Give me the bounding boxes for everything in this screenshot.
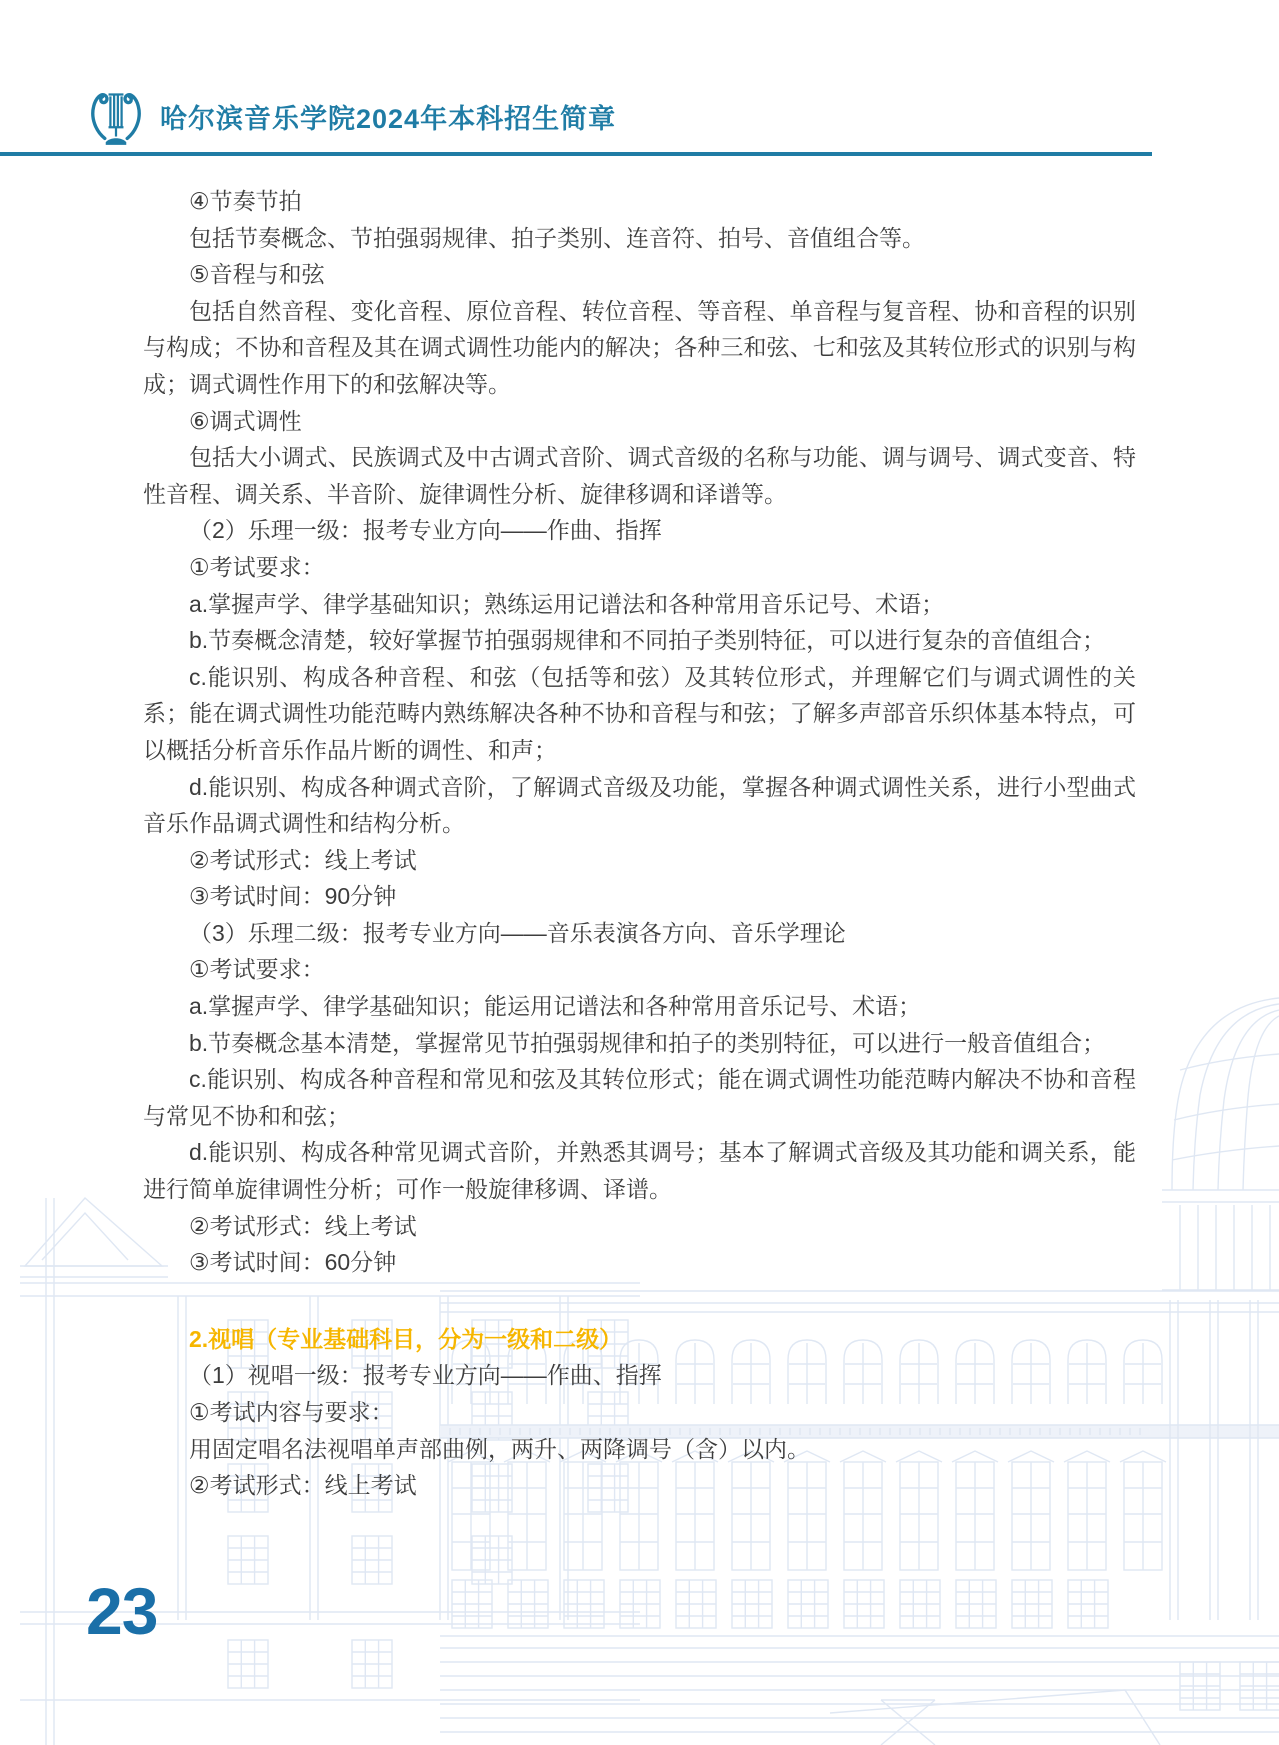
watermark-dome xyxy=(1162,998,1279,1620)
body-paragraph: ⑥调式调性 xyxy=(143,403,1136,440)
body-paragraph: ②考试形式：线上考试 xyxy=(143,1467,1136,1504)
body-paragraph: a.掌握声学、律学基础知识；能运用记谱法和各种常用音乐记号、术语； xyxy=(143,988,1136,1025)
section-heading-sight-singing: 2.视唱（专业基础科目，分为一级和二级） xyxy=(143,1321,1136,1358)
body-paragraph: （3）乐理二级：报考专业方向——音乐表演各方向、音乐学理论 xyxy=(143,915,1136,952)
body-paragraph: 用固定唱名法视唱单声部曲例，两升、两降调号（含）以内。 xyxy=(143,1431,1136,1468)
body-paragraph: ④节奏节拍 xyxy=(143,183,1136,220)
body-paragraph: （1）视唱一级：报考专业方向——作曲、指挥 xyxy=(143,1357,1136,1394)
body-paragraph: ⑤音程与和弦 xyxy=(143,256,1136,293)
body-paragraph: ①考试内容与要求： xyxy=(143,1394,1136,1431)
body-paragraph: d.能识别、构成各种常见调式音阶，并熟悉其调号；基本了解调式音级及其功能和调关系… xyxy=(143,1134,1136,1207)
body-paragraph: b.节奏概念基本清楚，掌握常见节拍强弱规律和拍子的类别特征，可以进行一般音值组合… xyxy=(143,1025,1136,1062)
body-paragraph: ①考试要求： xyxy=(143,951,1136,988)
brochure-page: 哈尔滨音乐学院2024年本科招生简章 ④节奏节拍 包括节奏概念、节拍强弱规律、拍… xyxy=(0,0,1279,1745)
body-paragraph: （2）乐理一级：报考专业方向——作曲、指挥 xyxy=(143,512,1136,549)
body-paragraph: 包括大小调式、民族调式及中古调式音阶、调式音级的名称与功能、调与调号、调式变音、… xyxy=(143,439,1136,512)
body-paragraph: ②考试形式：线上考试 xyxy=(143,1208,1136,1245)
body-paragraph: 包括节奏概念、节拍强弱规律、拍子类别、连音符、拍号、音值组合等。 xyxy=(143,220,1136,257)
header-divider xyxy=(0,152,1152,156)
body-paragraph: b.节奏概念清楚，较好掌握节拍强弱规律和不同拍子类别特征，可以进行复杂的音值组合… xyxy=(143,622,1136,659)
body-paragraph: ③考试时间：90分钟 xyxy=(143,878,1136,915)
page-title: 哈尔滨音乐学院2024年本科招生简章 xyxy=(160,97,616,136)
lyre-logo-icon xyxy=(88,84,144,148)
body-text: ④节奏节拍 包括节奏概念、节拍强弱规律、拍子类别、连音符、拍号、音值组合等。 ⑤… xyxy=(143,183,1136,1504)
body-paragraph: ②考试形式：线上考试 xyxy=(143,842,1136,879)
body-paragraph: d.能识别、构成各种调式音阶，了解调式音级及功能，掌握各种调式调性关系，进行小型… xyxy=(143,769,1136,842)
page-number: 23 xyxy=(86,1578,157,1644)
body-paragraph: 包括自然音程、变化音程、原位音程、转位音程、等音程、单音程与复音程、协和音程的识… xyxy=(143,293,1136,403)
body-paragraph: ①考试要求： xyxy=(143,549,1136,586)
body-paragraph: c.能识别、构成各种音程和常见和弦及其转位形式；能在调式调性功能范畴内解决不协和… xyxy=(143,1061,1136,1134)
body-paragraph: ③考试时间：60分钟 xyxy=(143,1244,1136,1281)
header-row: 哈尔滨音乐学院2024年本科招生简章 xyxy=(88,84,616,148)
body-paragraph: a.掌握声学、律学基础知识；熟练运用记谱法和各种常用音乐记号、术语； xyxy=(143,586,1136,623)
body-paragraph: c.能识别、构成各种音程、和弦（包括等和弦）及其转位形式，并理解它们与调式调性的… xyxy=(143,659,1136,769)
